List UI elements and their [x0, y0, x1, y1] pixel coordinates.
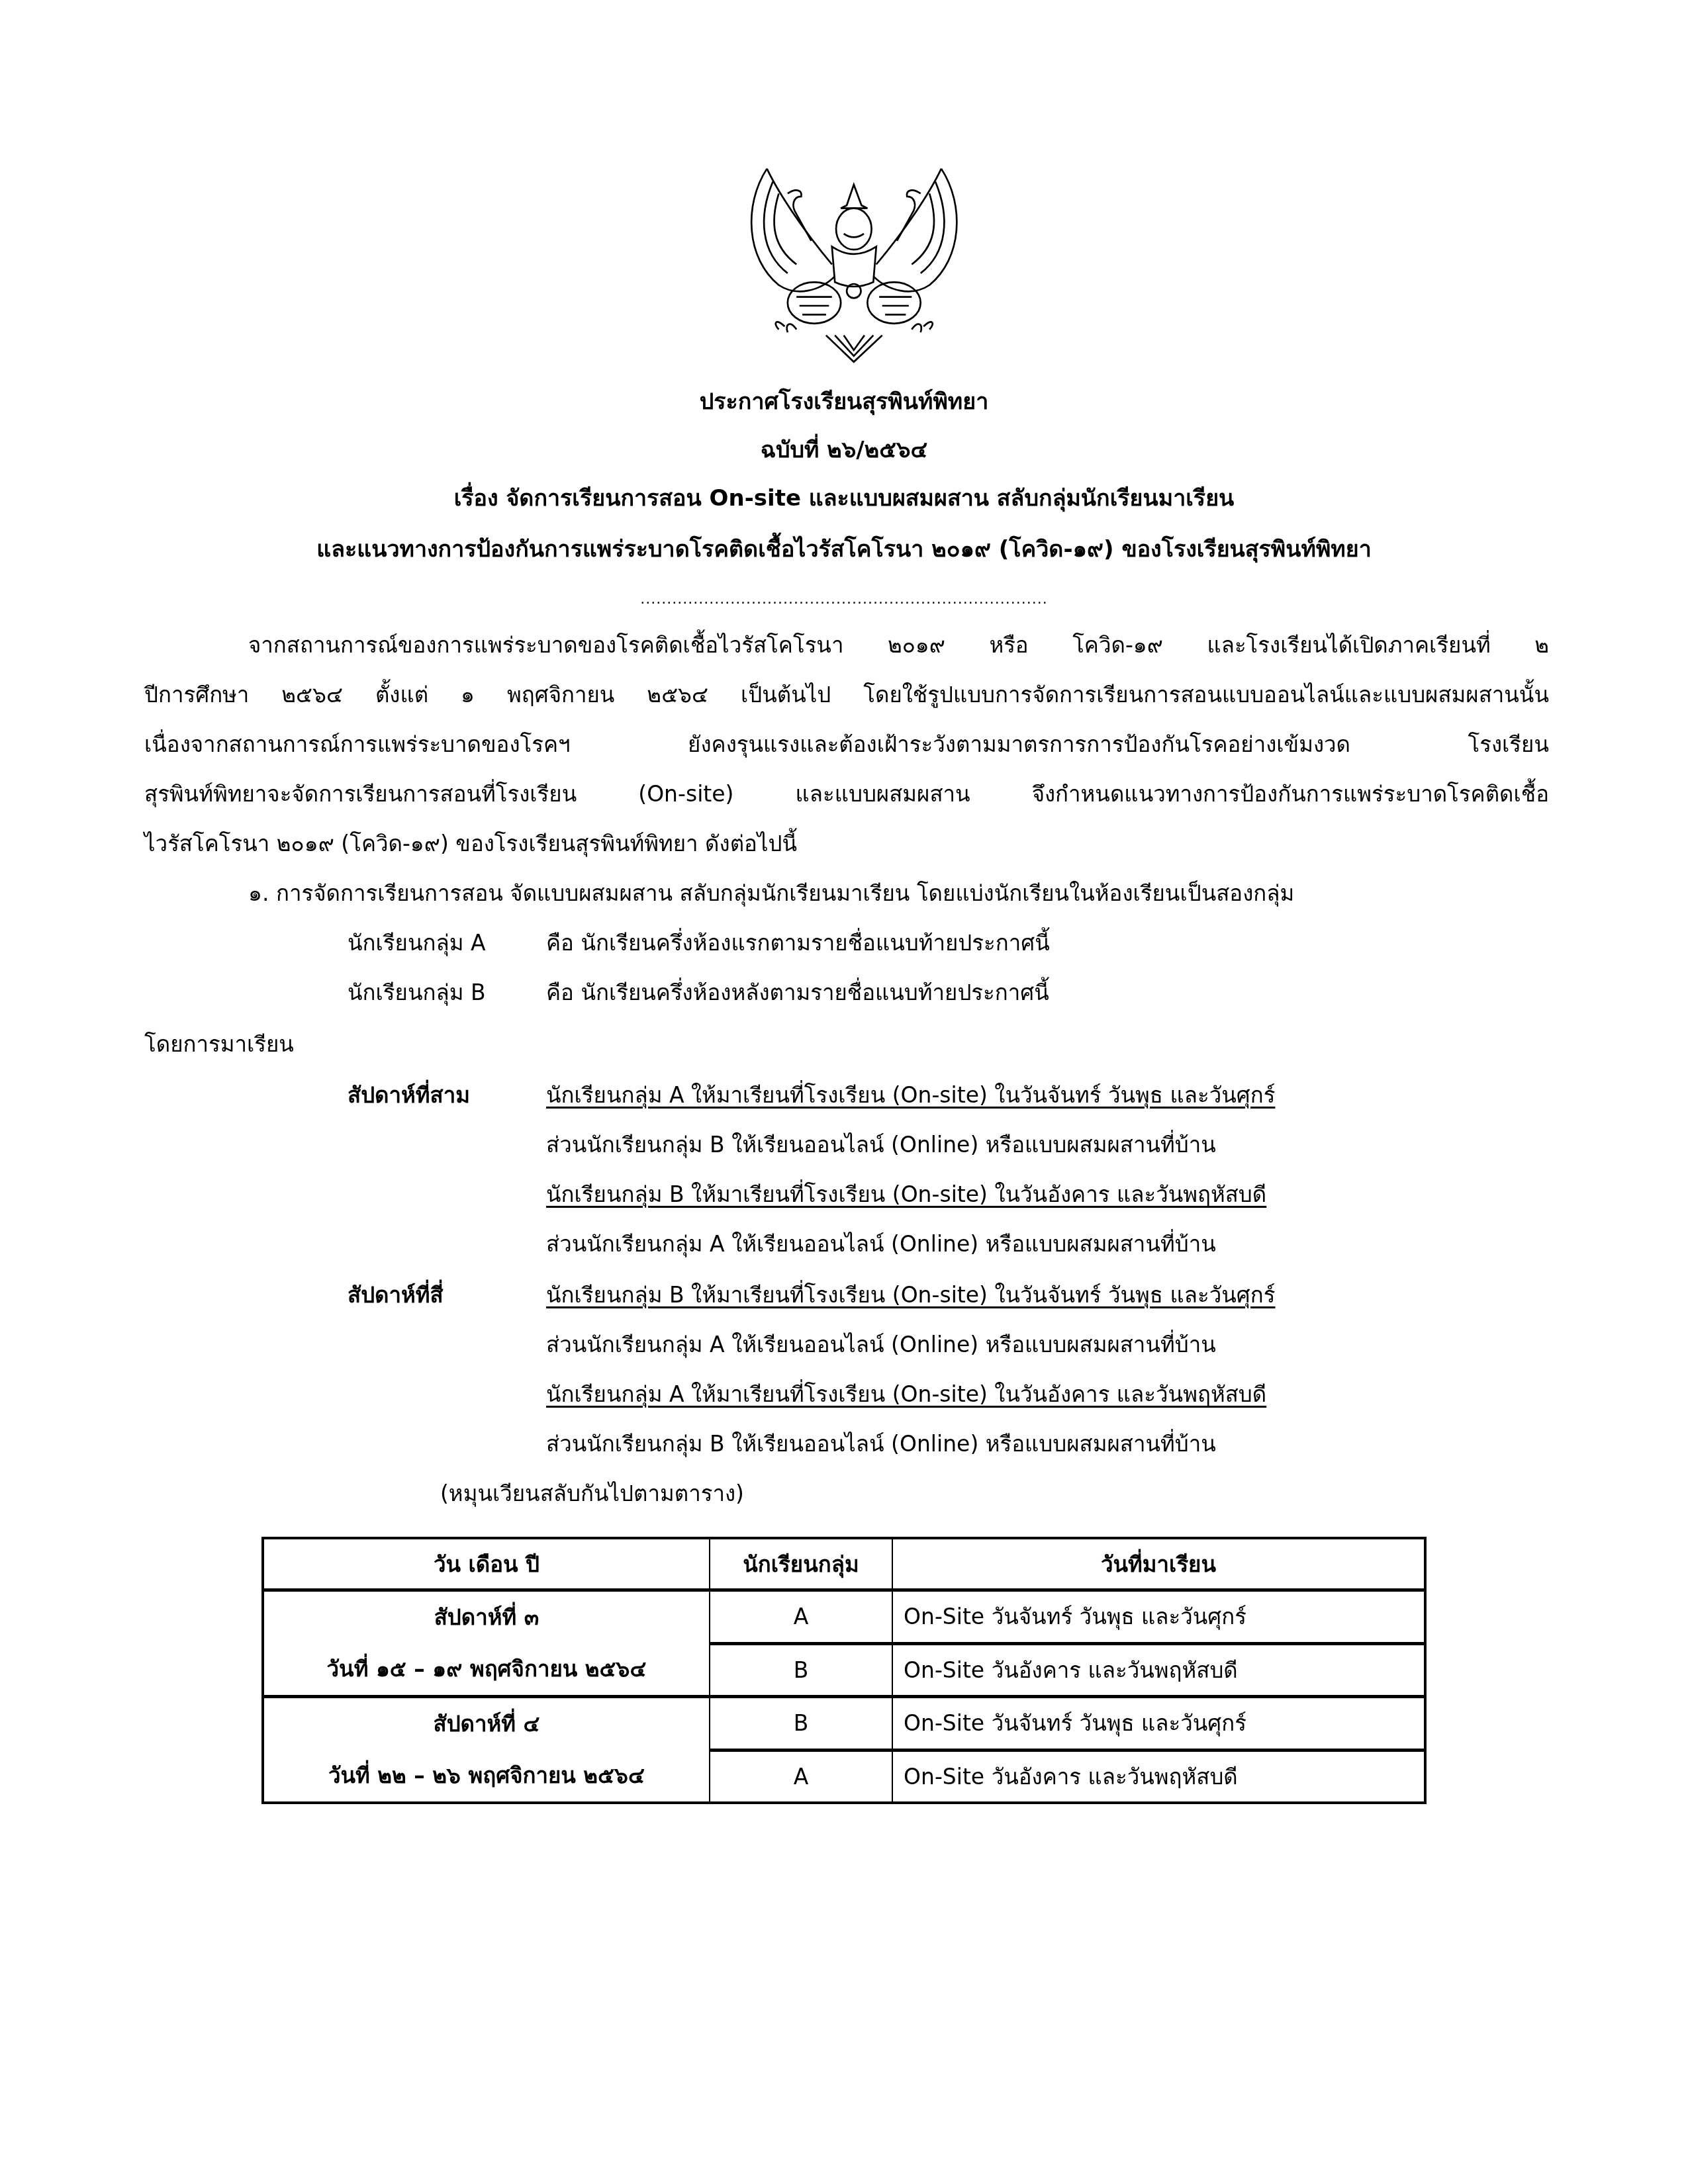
- week-date-cell: สัปดาห์ที่ ๓ วันที่ ๑๕ – ๑๙ พฤศจิกายน ๒๕…: [263, 1590, 710, 1697]
- week-label: สัปดาห์ที่ ๔: [275, 1698, 698, 1750]
- group-b-desc: คือ นักเรียนครึ่งห้องหลังตามรายชื่อแนบท้…: [546, 976, 1049, 1009]
- week-3-label: สัปดาห์ที่สาม: [348, 1079, 470, 1112]
- week-4-line: ส่วนนักเรียนกลุ่ม A ให้เรียนออนไลน์ (Onl…: [546, 1328, 1216, 1361]
- intro-line: จากสถานการณ์ของการแพร่ระบาดของโรคติดเชื้…: [248, 629, 1549, 662]
- table-row: สัปดาห์ที่ ๔ วันที่ ๒๒ – ๒๖ พฤศจิกายน ๒๕…: [263, 1697, 1425, 1751]
- header-date: วัน เดือน ปี: [263, 1538, 710, 1590]
- days-cell: On-Site วันอังคาร และวันพฤหัสบดี: [892, 1750, 1425, 1803]
- subject-line-1: เรื่อง จัดการเรียนการสอน On-site และแบบผ…: [0, 482, 1688, 515]
- announcement-number: ฉบับที่ ๒๖/๒๕๖๔: [0, 433, 1688, 467]
- days-cell: On-Site วันจันทร์ วันพุธ และวันศุกร์: [892, 1590, 1425, 1644]
- week-3-line: ส่วนนักเรียนกลุ่ม A ให้เรียนออนไลน์ (Onl…: [546, 1228, 1216, 1261]
- separator-dots: ........................................…: [0, 591, 1688, 608]
- header-group: นักเรียนกลุ่ม: [710, 1538, 892, 1590]
- group-b-label: นักเรียนกลุ่ม B: [348, 976, 486, 1009]
- week-dates: วันที่ ๑๕ – ๑๙ พฤศจิกายน ๒๕๖๔: [275, 1643, 698, 1695]
- group-a-label: นักเรียนกลุ่ม A: [348, 927, 485, 960]
- week-3-line: นักเรียนกลุ่ม A ให้มาเรียนที่โรงเรียน (O…: [546, 1079, 1275, 1112]
- week-4-line: ส่วนนักเรียนกลุ่ม B ให้เรียนออนไลน์ (Onl…: [546, 1428, 1216, 1461]
- intro-line: สุรพินท์พิทยาจะจัดการเรียนการสอนที่โรงเร…: [144, 778, 1549, 811]
- table-header-row: วัน เดือน ปี นักเรียนกลุ่ม วันที่มาเรียน: [263, 1538, 1425, 1590]
- announcement-title: ประกาศโรงเรียนสุรพินท์พิทยา: [0, 385, 1688, 418]
- schedule-table: วัน เดือน ปี นักเรียนกลุ่ม วันที่มาเรียน…: [261, 1537, 1427, 1804]
- intro-line: ไวรัสโคโรนา ๒๐๑๙ (โควิด-๑๙) ของโรงเรียนส…: [144, 827, 797, 860]
- rotation-note: (หมุนเวียนสลับกันไปตามตาราง): [440, 1477, 744, 1510]
- attendance-intro: โดยการมาเรียน: [144, 1028, 294, 1061]
- intro-line: ปีการศึกษา ๒๕๖๔ ตั้งแต่ ๑ พฤศจิกายน ๒๕๖๔…: [144, 678, 1549, 711]
- week-4-line: นักเรียนกลุ่ม A ให้มาเรียนที่โรงเรียน (O…: [546, 1378, 1266, 1411]
- group-a-desc: คือ นักเรียนครึ่งห้องแรกตามรายชื่อแนบท้า…: [546, 927, 1050, 960]
- garuda-emblem-icon: [731, 154, 980, 375]
- item-1: ๑. การจัดการเรียนการสอน จัดแบบผสมผสาน สล…: [248, 877, 1294, 910]
- week-dates: วันที่ ๒๒ – ๒๖ พฤศจิกายน ๒๕๖๔: [275, 1750, 698, 1801]
- week-date-cell: สัปดาห์ที่ ๔ วันที่ ๒๒ – ๒๖ พฤศจิกายน ๒๕…: [263, 1697, 710, 1803]
- group-cell: A: [710, 1590, 892, 1644]
- week-3-line: ส่วนนักเรียนกลุ่ม B ให้เรียนออนไลน์ (Onl…: [546, 1128, 1216, 1161]
- days-cell: On-Site วันอังคาร และวันพฤหัสบดี: [892, 1643, 1425, 1697]
- intro-line: เนื่องจากสถานการณ์การแพร่ระบาดของโรคฯ ยั…: [144, 728, 1549, 761]
- group-cell: B: [710, 1697, 892, 1751]
- days-cell: On-Site วันจันทร์ วันพุธ และวันศุกร์: [892, 1697, 1425, 1751]
- group-cell: A: [710, 1750, 892, 1803]
- table-row: สัปดาห์ที่ ๓ วันที่ ๑๕ – ๑๙ พฤศจิกายน ๒๕…: [263, 1590, 1425, 1644]
- week-4-line: นักเรียนกลุ่ม B ให้มาเรียนที่โรงเรียน (O…: [546, 1279, 1275, 1312]
- week-label: สัปดาห์ที่ ๓: [275, 1592, 698, 1643]
- week-4-label: สัปดาห์ที่สี่: [348, 1279, 444, 1312]
- group-cell: B: [710, 1643, 892, 1697]
- header-days: วันที่มาเรียน: [892, 1538, 1425, 1590]
- subject-line-2: และแนวทางการป้องกันการแพร่ระบาดโรคติดเชื…: [0, 533, 1688, 566]
- week-3-line: นักเรียนกลุ่ม B ให้มาเรียนที่โรงเรียน (O…: [546, 1178, 1266, 1211]
